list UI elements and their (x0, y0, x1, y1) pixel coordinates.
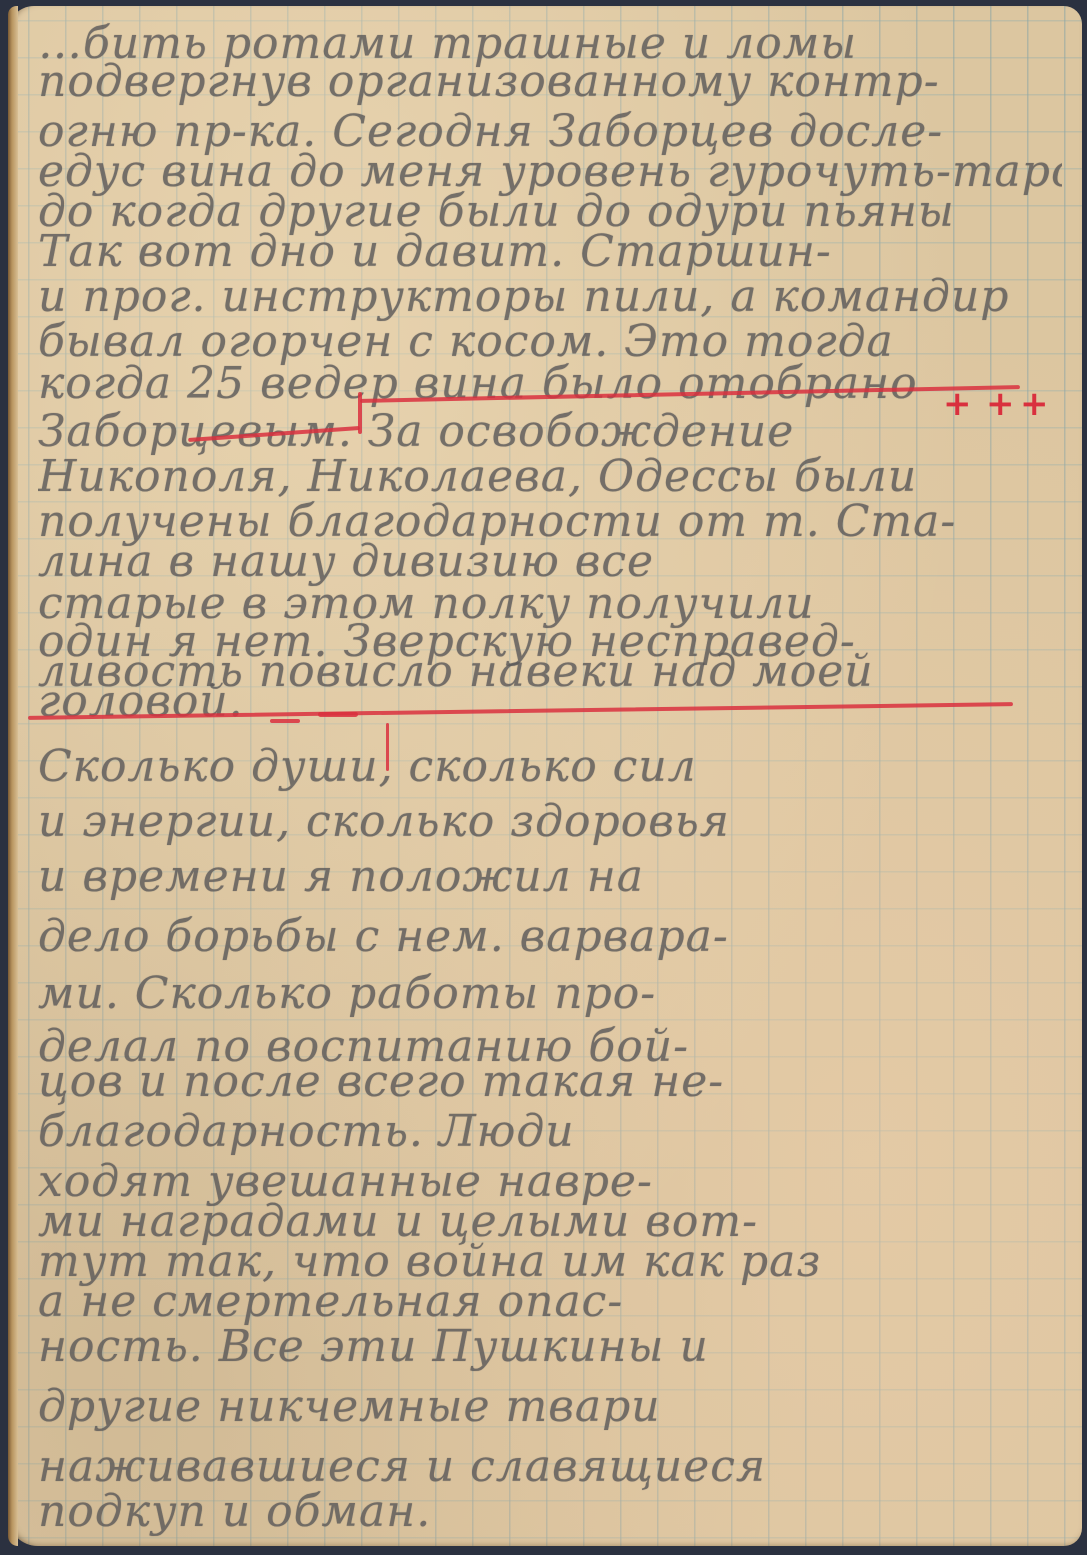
text-line: ность. Все эти Пушкины и (38, 1321, 1062, 1381)
text-line: ми. Сколько работы про- (38, 968, 1062, 1028)
red-plus-mark: + (943, 384, 972, 424)
red-plus-mark: + (1020, 384, 1049, 424)
text-line: Сколько души, сколько сил (38, 741, 1062, 801)
red-mark (386, 723, 389, 771)
text-line: и времени я положил на (38, 851, 1062, 911)
text-line: другие никчемные твари (38, 1381, 1062, 1441)
red-plus-mark: + (986, 384, 1015, 424)
text-line: и энергии, сколько здоровья (38, 796, 1062, 856)
text-line: подкуп и обман. (38, 1486, 1062, 1546)
red-mark (270, 719, 300, 723)
red-mark (318, 712, 358, 717)
text-line: дело борьбы с нем. варвара- (38, 911, 1062, 971)
notebook-spine (8, 6, 18, 1546)
diary-page: …бить ротами трашные и ломы подвергнув о… (8, 6, 1082, 1546)
